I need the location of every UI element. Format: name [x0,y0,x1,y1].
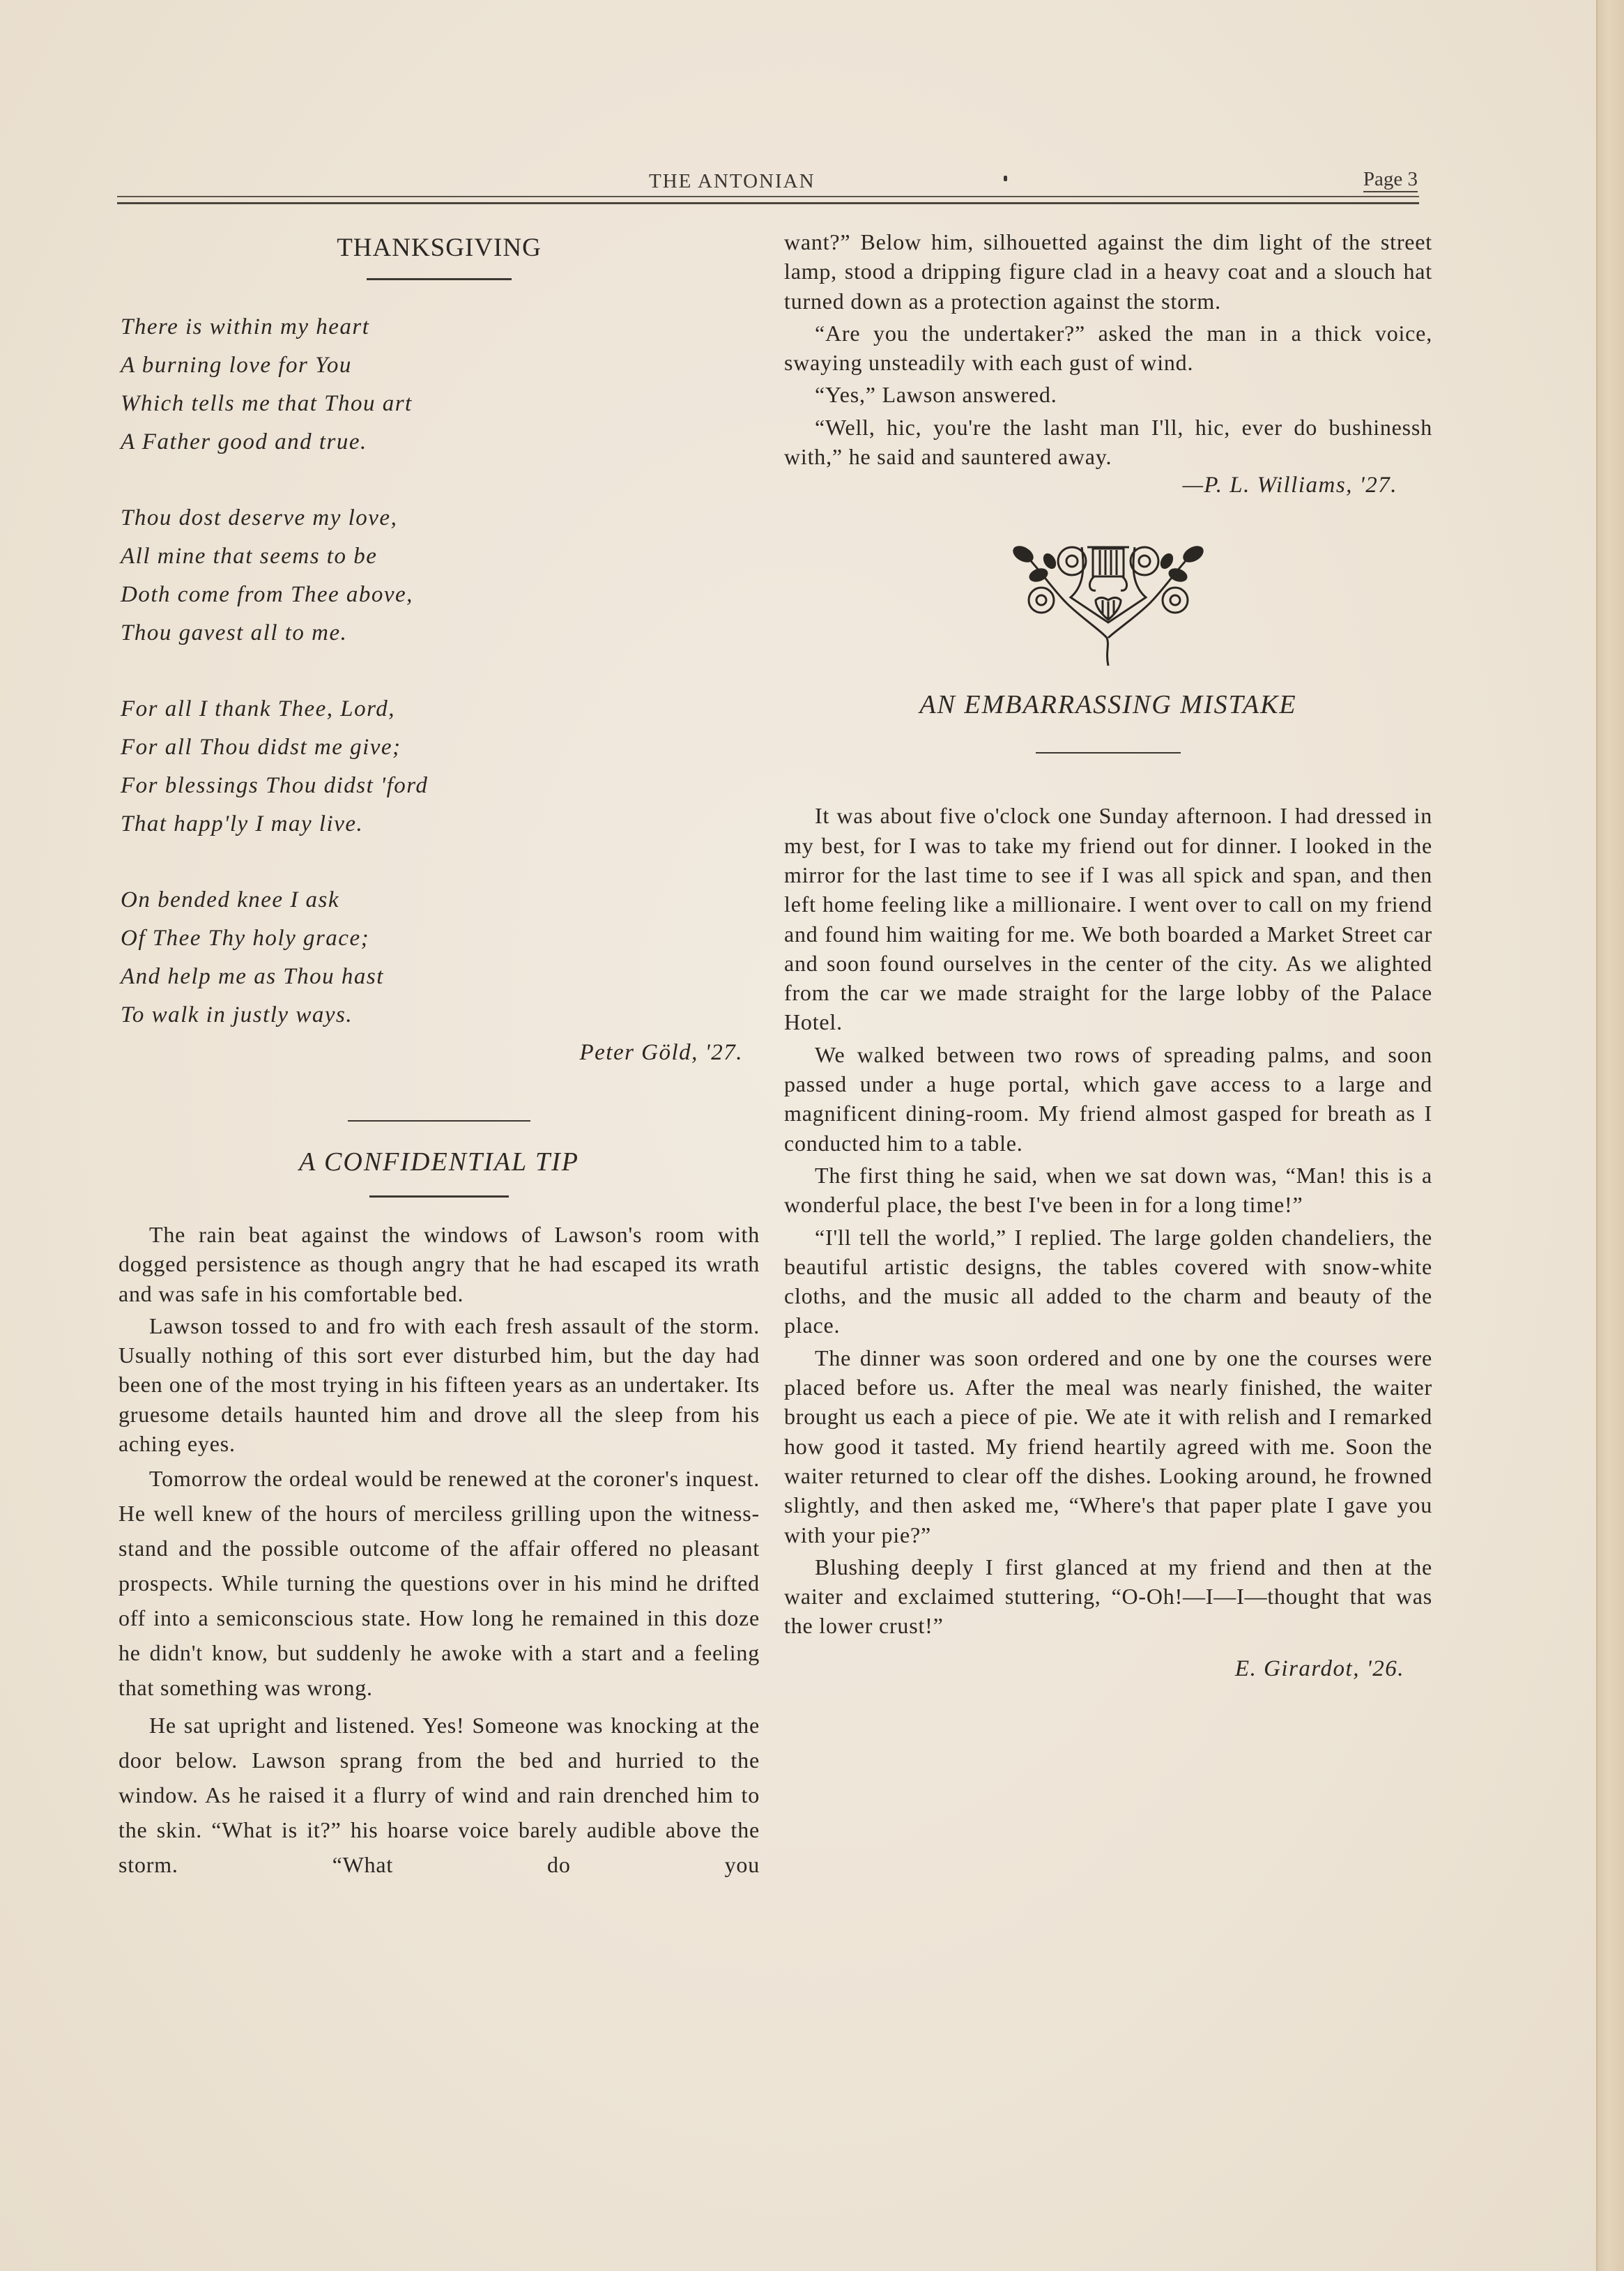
stanza: There is within my heart A burning love … [118,308,760,461]
poem-line: And help me as Thou hast [118,958,760,996]
paragraph: Blushing deeply I first glanced at my fr… [784,1552,1432,1641]
paragraph: want?” Below him, silhouetted against th… [784,227,1432,316]
poem-line: For all Thou didst me give; [118,728,760,767]
story-embarrassing-mistake: AN EMBARRASSING MISTAKE It was about fiv… [784,689,1432,1681]
paragraph: “I'll tell the world,” I replied. The la… [784,1223,1432,1340]
paragraph: He sat upright and listened. Yes! Someon… [118,1708,760,1882]
poem-thanksgiving: THANKSGIVING There is within my heart A … [118,233,760,1066]
poem-body: There is within my heart A burning love … [118,308,760,1066]
header-rule-top [117,196,1419,197]
page-number: Page 3 [1363,168,1418,192]
poem-line: On bended knee I ask [118,881,760,919]
paragraph: The rain beat against the windows of Law… [118,1220,760,1308]
poem-line: Doth come from Thee above, [118,576,760,614]
poem-line: To walk in justly ways. [118,996,760,1034]
paragraph: We walked between two rows of spreading … [784,1040,1432,1158]
poem-line: Which tells me that Thou art [118,385,760,423]
page-edge [1596,0,1624,2271]
story-author: —P. L. Williams, '27. [784,473,1432,498]
stanza: For all I thank Thee, Lord, For all Thou… [118,690,760,843]
header-dot [1004,176,1007,181]
poem-line: There is within my heart [118,308,760,346]
story-title: AN EMBARRASSING MISTAKE [784,689,1432,720]
poem-line: For blessings Thou didst 'ford [118,767,760,805]
poem-author: Peter Göld, '27. [118,1040,760,1066]
paragraph: Lawson tossed to and fro with each fresh… [118,1311,760,1458]
ornament [784,533,1432,673]
header-rule-bottom [117,202,1419,204]
right-column: want?” Below him, silhouetted against th… [784,223,1432,1682]
stanza: Thou dost deserve my love, All mine that… [118,499,760,652]
paragraph: “Are you the undertaker?” asked the man … [784,319,1432,378]
poem-line: All mine that seems to be [118,537,760,576]
lyre-roses-ornament-icon [1004,533,1213,673]
poem-line: That happ'ly I may live. [118,805,760,843]
paragraph: The dinner was soon ordered and one by o… [784,1343,1432,1550]
paragraph: It was about five o'clock one Sunday aft… [784,801,1432,1037]
poem-title: THANKSGIVING [118,233,760,263]
title-rule [367,278,512,280]
story-continuation: want?” Below him, silhouetted against th… [784,227,1432,471]
poem-line: A burning love for You [118,346,760,385]
poem-line: Thou gavest all to me. [118,614,760,652]
story-body: The rain beat against the windows of Law… [118,1220,760,1882]
paragraph: “Well, hic, you're the lasht man I'll, h… [784,413,1432,472]
title-rule [369,1195,509,1198]
poem-line: A Father good and true. [118,423,760,461]
story-author: E. Girardot, '26. [784,1656,1432,1682]
poem-line: Of Thee Thy holy grace; [118,919,760,958]
paragraph: Tomorrow the ordeal would be renewed at … [118,1461,760,1705]
story-title: A CONFIDENTIAL TIP [118,1147,760,1177]
story-confidential-tip: A CONFIDENTIAL TIP The rain beat against… [118,1147,760,1882]
poem-line: Thou dost deserve my love, [118,499,760,537]
running-header: THE ANTONIAN Page 3 [117,166,1418,197]
publication-title: THE ANTONIAN [649,170,815,193]
paragraph: The first thing he said, when we sat dow… [784,1161,1432,1220]
story-body: It was about five o'clock one Sunday aft… [784,801,1432,1640]
stanza: On bended knee I ask Of Thee Thy holy gr… [118,881,760,1034]
poem-line: For all I thank Thee, Lord, [118,690,760,728]
section-divider [348,1120,530,1122]
title-rule [1036,752,1181,754]
paragraph: “Yes,” Lawson answered. [784,380,1432,409]
left-column: THANKSGIVING There is within my heart A … [118,223,760,1882]
